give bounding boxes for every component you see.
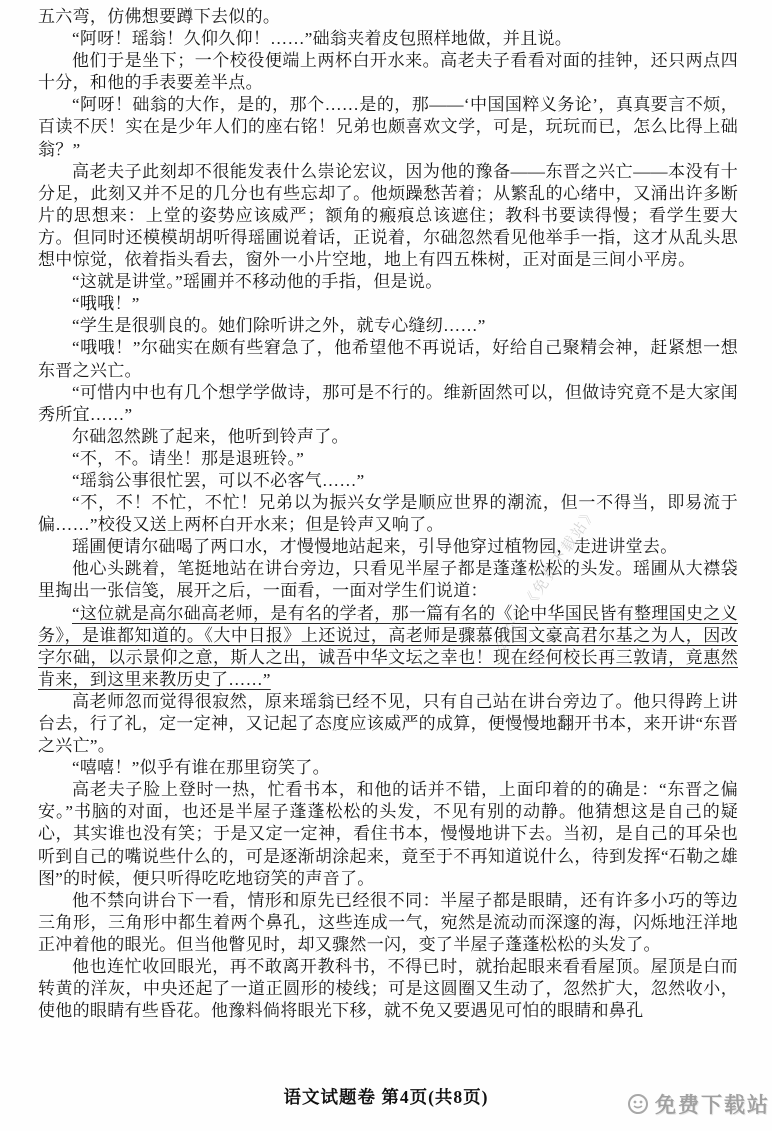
paragraph: 他心头跳着，笔挺地站在讲台旁边，只看见半屋子都是蓬蓬松松的头发。瑶圃从大襟袋里掏…	[38, 558, 738, 602]
paragraph: “不，不。请坐！那是退班铃。”	[38, 448, 738, 470]
paragraph: 尔础忽然跳了起来，他听到铃声了。	[38, 426, 738, 448]
paragraph: 他不禁向讲台下一看，情形和原先已经很不同：半屋子都是眼睛，还有许多小巧的等边三角…	[38, 890, 738, 956]
paragraph: 他也连忙收回眼光，再不敢离开教科书，不得已时，就抬起眼来看看屋顶。屋顶是白而转黄…	[38, 956, 738, 1022]
paragraph: “学生是很驯良的。她们除听讲之外，就专心缝纫……”	[38, 315, 738, 337]
paragraph: 他们于是坐下；一个校役便端上两杯白开水来。高老夫子看看对面的挂钟，还只两点四十分…	[38, 50, 738, 94]
footer-page-label: 语文试题卷 第4页(共8页)	[283, 1087, 488, 1107]
paragraph: “阿呀！瑶翁！久仰久仰！……”础翁夹着皮包照样地做，并且说。	[38, 28, 738, 50]
paragraph: “哦哦！”尔础实在颇有些窘急了，他希望他不再说话，好给自己聚精会神，赶紧想一想东…	[38, 337, 738, 381]
passage-text: 五六弯，仿佛想要蹲下去似的。“阿呀！瑶翁！久仰久仰！……”础翁夹着皮包照样地做，…	[38, 6, 738, 1022]
download-site-logo-icon	[626, 1092, 650, 1116]
paragraph: 高老夫子此刻却不很能发表什么崇论宏议，因为他的豫备——东晋之兴亡——本没有十分足…	[38, 161, 738, 271]
paragraph: “可惜内中也有几个想学学做诗，那可是不行的。维新固然可以，但做诗究竟不是大家闺秀…	[38, 382, 738, 426]
paragraph: “嘻嘻！”似乎有谁在那里窃笑了。	[38, 757, 738, 779]
download-site-label: 免费下载站	[655, 1089, 770, 1119]
paragraph: 高老师忽而觉得很寂然，原来瑶翁已经不见，只有自己站在讲台旁边了。他只得跨上讲台去…	[38, 691, 738, 757]
paragraph: 五六弯，仿佛想要蹲下去似的。	[38, 6, 738, 28]
paragraph: “不，不！不忙，不忙！兄弟以为振兴女学是顺应世界的潮流，但一不得当，即易流于偏……	[38, 492, 738, 536]
paragraph: “阿呀！础翁的大作，是的，那个……是的，那——‘中国国粹义务论’，真真要言不烦，…	[38, 94, 738, 160]
exam-paper-page: 五六弯，仿佛想要蹲下去似的。“阿呀！瑶翁！久仰久仰！……”础翁夹着皮包照样地做，…	[0, 0, 772, 1131]
paragraph: “这就是讲堂。”瑶圃并不移动他的手指，但是说。	[38, 271, 738, 293]
paragraph: “瑶翁公事很忙罢，可以不必客气……”	[38, 470, 738, 492]
paragraph: 高老夫子脸上登时一热，忙看书本，和他的话并不错，上面印着的的确是：“东晋之偏安。…	[38, 779, 738, 889]
underlined-quote-paragraph: “这位就是高尔础高老师，是有名的学者，那一篇有名的《论中华国民皆有整理国史之义务…	[38, 603, 738, 691]
download-site-watermark: 免费下载站	[626, 1089, 770, 1119]
paragraph: 瑶圃便请尔础喝了两口水，才慢慢地站起来，引导他穿过植物园，走进讲堂去。	[38, 536, 738, 558]
paragraph: “哦哦！”	[38, 293, 738, 315]
